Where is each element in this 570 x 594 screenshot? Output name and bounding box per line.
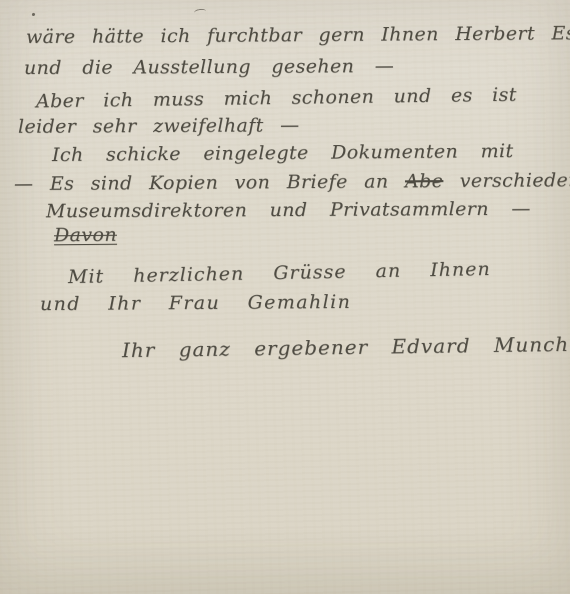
- letter-line-2: und die Ausstellung gesehen —: [24, 56, 394, 80]
- letter-line-3: Aber ich muss mich schonen und es ist: [36, 85, 517, 114]
- letter-line-10: und Ihr Frau Gemahlin: [40, 292, 351, 316]
- letter-line-7: Museumsdirektoren und Privatsammlern —: [46, 199, 531, 223]
- line-6-text-before: — Es sind Kopien von Briefe an: [14, 170, 405, 195]
- letter-line-9: Mit herzlichen Grüsse an Ihnen: [68, 259, 491, 289]
- letter-line-6: — Es sind Kopien von Briefe an Abe versc…: [14, 170, 570, 196]
- letter-line-5: Ich schicke eingelegte Dokumenten mit: [52, 141, 514, 167]
- stray-ink-dot-mark: [32, 13, 36, 17]
- letter-page: wäre hätte ich furchtbar gern Ihnen Herb…: [0, 0, 570, 594]
- stray-ink-tilde-mark: [194, 8, 207, 16]
- letter-line-1: wäre hätte ich furchtbar gern Ihnen Herb…: [26, 23, 570, 49]
- line-6-text-after: verschiedenen: [443, 169, 570, 192]
- strikethrough-word-abe: Abe: [405, 170, 443, 192]
- strikethrough-word-davon: Davon: [54, 224, 117, 247]
- letter-line-4: leider sehr zweifelhaft —: [18, 115, 300, 138]
- signature-line: Ihr ganz ergebener Edvard Munch: [122, 333, 569, 362]
- letter-line-8: Davon: [54, 225, 117, 247]
